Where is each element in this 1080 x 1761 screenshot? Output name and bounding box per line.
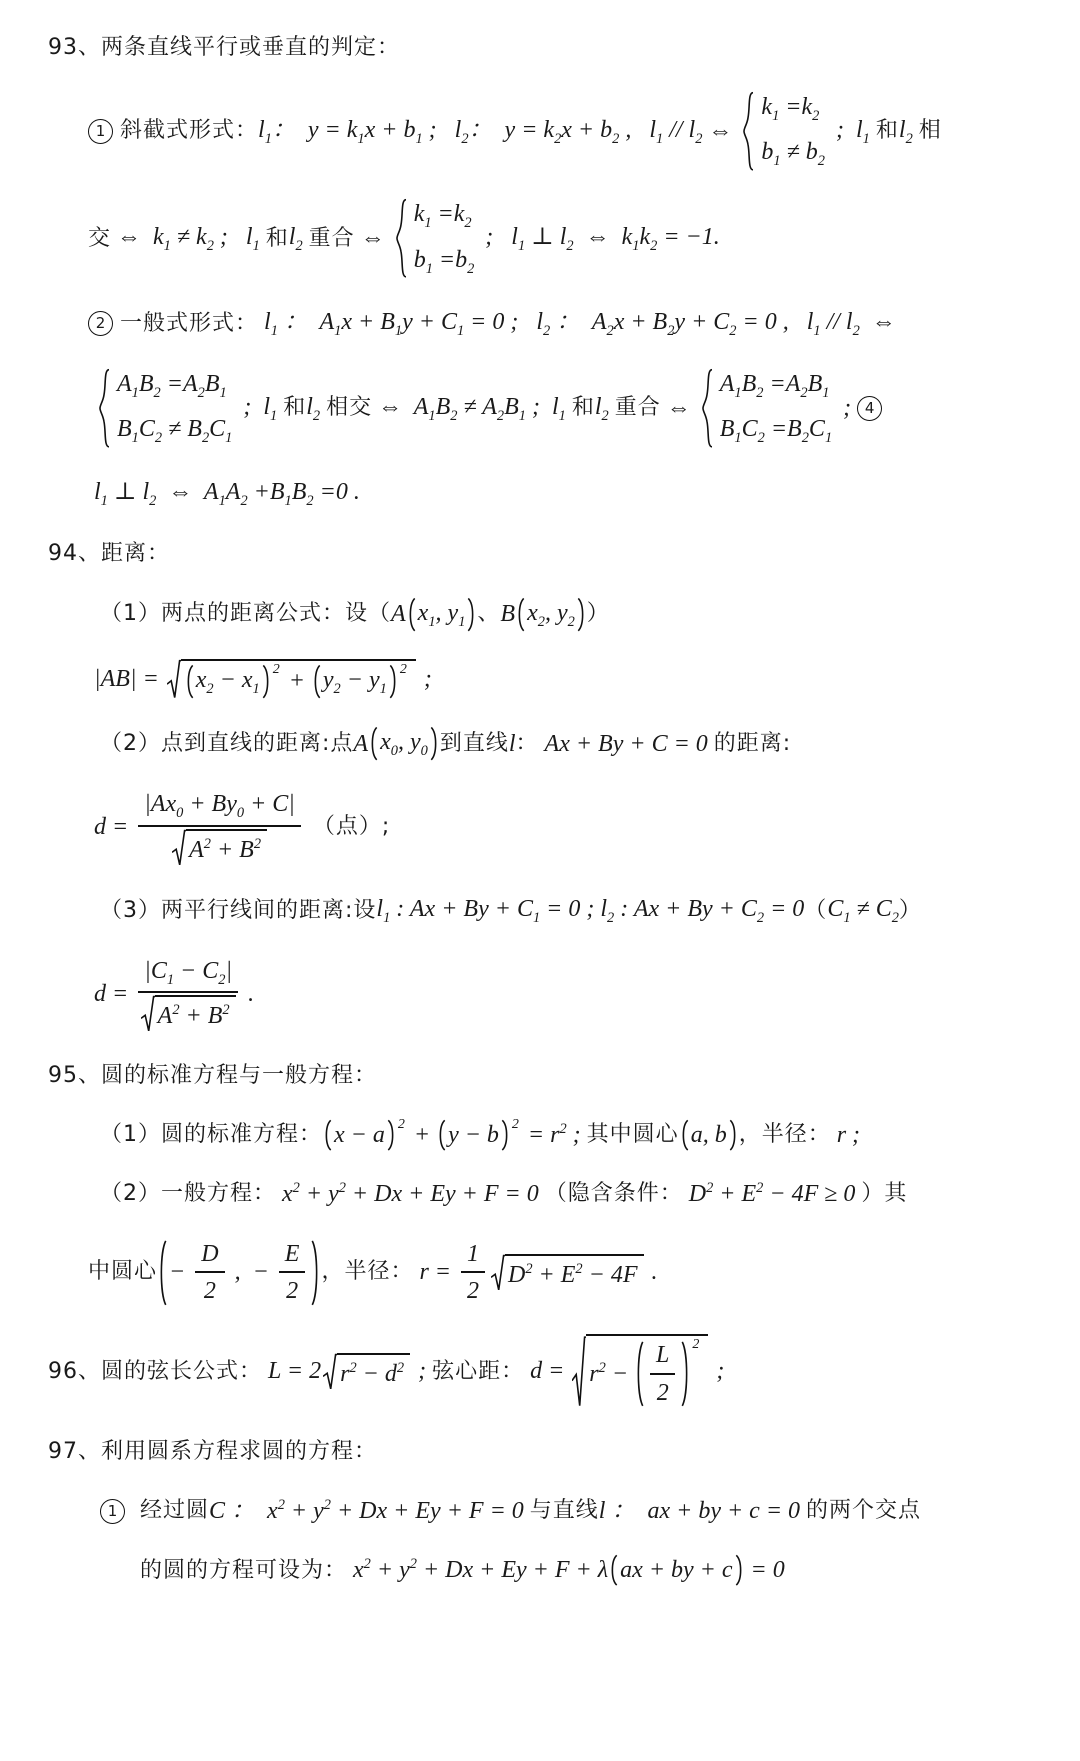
cases-row: B1C2 =B2C1 — [720, 413, 832, 448]
paren-content: − D2 , − E2 — [167, 1238, 311, 1308]
radicand: A2 + B2 — [186, 829, 267, 866]
formula-point-line-distance: d = |Ax0 + By0 + C|A2 + B2 （点）; — [94, 788, 1052, 866]
math-text: A2 + B2 — [189, 834, 261, 866]
math-text: a, b — [691, 1119, 727, 1151]
math-text: r ; — [831, 1119, 860, 1151]
sec-95-title: 95、圆的标准方程与一般方程： — [48, 1060, 1052, 1092]
math-text: ax + by + c — [620, 1554, 732, 1586]
cjk-text: 斜截式形式： — [120, 115, 258, 147]
fraction-denominator: 2 — [657, 1375, 669, 1409]
radicand: r2 − d2 — [337, 1353, 410, 1390]
paren-content: x2, y2 — [525, 597, 577, 632]
right-paren-icon — [311, 1238, 320, 1308]
math-text: x2 + y2 + Dx + Ey + F + λ — [347, 1554, 608, 1586]
math-text: ; l1 — [830, 114, 876, 149]
math-text: + — [283, 665, 311, 697]
brace-icon — [396, 198, 408, 278]
cjk-text: 与直线 — [530, 1495, 599, 1527]
right-paren-icon — [501, 1119, 510, 1151]
fraction-numerator: |C1 − C2| — [138, 955, 238, 993]
math-text: l1 : Ax + By + C1 = 0 ; l2 : Ax + By + C… — [376, 893, 804, 928]
cjk-text: （1）两点的距离公式：设（ — [100, 598, 391, 630]
fraction: L2 — [650, 1339, 675, 1409]
cases-row: b1 ≠ b2 — [761, 136, 825, 171]
radical-icon — [491, 1254, 505, 1291]
cjk-text: ，半径： — [321, 1256, 413, 1288]
math-text: 2 — [657, 1377, 669, 1409]
right-paren-icon — [430, 726, 439, 761]
brace-icon — [743, 91, 755, 171]
left-paren-icon — [635, 1339, 644, 1409]
left-paren-icon — [312, 664, 321, 699]
math-text: B1C2 ≠ B2C1 — [117, 413, 232, 448]
right-paren-icon — [389, 664, 398, 699]
line-93-2-cases: A1B2 =A2B1B1C2 ≠ B2C1 ; l1 和l2 相交 ⇔ A1B2… — [94, 368, 1052, 448]
right-paren-icon — [681, 1339, 690, 1409]
math-text: k1 =k2 — [761, 91, 819, 126]
square-root: r2 − d2 — [323, 1353, 410, 1390]
circled-number: 1 — [88, 119, 113, 144]
math-text: r2 − — [589, 1358, 634, 1390]
left-paren-icon — [516, 597, 525, 632]
left-paren-icon — [369, 726, 378, 761]
brace-icon — [702, 368, 714, 448]
cjk-text: （ — [804, 895, 827, 927]
superscript: 2 — [512, 1117, 519, 1133]
radicand: r2 − L22 — [586, 1334, 708, 1409]
paren-group: ax + by + c — [609, 1554, 743, 1586]
cjk-text: ） — [899, 895, 922, 927]
math-text: r = — [413, 1256, 457, 1288]
math-text: , − — [229, 1256, 275, 1288]
superscript: 2 — [273, 662, 280, 678]
cjk-text: 经过圆 — [132, 1495, 209, 1527]
math-text: D2 + E2 − 4F — [508, 1259, 638, 1291]
right-paren-icon — [467, 597, 476, 632]
item-94-2-point-to-line: （2）点到直线的距离:点Ax0, y0到直线l： Ax + By + C = 0… — [100, 726, 1052, 761]
sec-96-chord-length: 96、圆的弦长公式： L = 2r2 − d2 ; 弦心距： d = r2 − … — [48, 1334, 1052, 1409]
item-94-3-parallel-lines: （3）两平行线间的距离:设l1 : Ax + By + C1 = 0 ; l2 … — [100, 893, 1052, 928]
paren-group: L2 — [635, 1339, 690, 1409]
math-text: x2, y2 — [527, 597, 575, 632]
math-text: ; — [418, 663, 432, 695]
right-paren-icon — [262, 664, 271, 699]
math-text: ⇔ — [661, 392, 697, 424]
cjk-text: （2）点到直线的距离:点 — [100, 728, 353, 760]
cjk-text: 和 — [283, 392, 306, 424]
paren-group: x2, y2 — [516, 597, 586, 632]
superscript: 2 — [400, 662, 407, 678]
cases-brace-group: k1 =k2b1 ≠ b2 — [743, 91, 825, 171]
cjk-text: ） — [587, 598, 610, 630]
math-text: d = — [94, 978, 134, 1010]
math-text: l1 ⊥ l2 ⇔ A1A2 +B1B2 =0 . — [94, 476, 360, 511]
cjk-text: 其中圆心 — [587, 1119, 679, 1151]
paren-group: x2 − x1 — [185, 664, 271, 699]
math-text: B1C2 =B2C1 — [720, 413, 832, 448]
fraction-numerator: |Ax0 + By0 + C| — [138, 788, 301, 826]
paren-group: a, b — [680, 1119, 738, 1151]
paren-group: x1, y1 — [407, 597, 477, 632]
fraction: 12 — [461, 1238, 485, 1308]
math-text: . — [646, 1256, 658, 1288]
math-text: |Ax0 + By0 + C| — [144, 788, 295, 823]
cases-rows: A1B2 =A2B1B1C2 =B2C1 — [714, 368, 832, 448]
paren-content: y2 − y1 — [321, 664, 389, 699]
math-text: x2 + y2 + Dx + Ey + F = 0 — [276, 1178, 545, 1210]
math-text: l — [509, 728, 516, 760]
math-text: = r2 ; — [522, 1119, 587, 1151]
math-text: x1, y1 — [418, 597, 466, 632]
fraction-denominator: 2 — [286, 1273, 298, 1307]
cases-rows: A1B2 =A2B1B1C2 ≠ B2C1 — [111, 368, 232, 448]
cjk-text: 94、距离： — [48, 538, 170, 570]
math-text: ; l1 ⊥ l2 ⇔ k1k2 = −1. — [479, 221, 719, 256]
math-text: C1 ≠ C2 — [827, 893, 899, 928]
left-paren-icon — [407, 597, 416, 632]
math-text: Ax + By + C = 0 — [539, 728, 714, 760]
paren-group: x − a — [323, 1119, 396, 1151]
cjk-text: 中圆心 — [88, 1256, 157, 1288]
math-text: y2 − y1 — [323, 664, 387, 699]
cjk-text: 95、圆的标准方程与一般方程： — [48, 1060, 377, 1092]
math-text: ⇔ k1 ≠ k2 ; l1 — [111, 221, 266, 256]
right-paren-icon — [729, 1119, 738, 1151]
item-93-1-slope-intercept: 1斜截式形式：l1： y = k1x + b1 ; l2： y = k2x + … — [88, 91, 1052, 171]
fraction-numerator: L — [650, 1339, 675, 1374]
cjk-text: 相交 — [326, 392, 372, 424]
math-text: ; l1 — [237, 391, 283, 426]
item-95-1-standard-equation: （1）圆的标准方程：x − a2 + y − b2 = r2 ; 其中圆心a, … — [100, 1119, 1052, 1151]
math-text: k1 =k2 — [414, 198, 472, 233]
math-text: r2 − d2 — [340, 1358, 404, 1390]
paren-content: x − a — [332, 1119, 387, 1151]
fraction-numerator: D — [195, 1238, 224, 1273]
paren-group: − D2 , − E2 — [158, 1238, 320, 1308]
math-text: ; — [837, 392, 857, 424]
cases-rows: k1 =k2b1 ≠ b2 — [755, 91, 825, 171]
fraction: E2 — [279, 1238, 306, 1308]
math-text: d = — [524, 1355, 570, 1387]
right-paren-icon — [577, 597, 586, 632]
superscript: 2 — [692, 1337, 699, 1353]
paren-group: x0, y0 — [369, 726, 439, 761]
radical-icon — [572, 1334, 586, 1409]
fraction-denominator: A2 + B2 — [139, 993, 238, 1032]
cjk-text: 96、圆的弦长公式： — [48, 1356, 262, 1388]
cjk-text: ，半径： — [739, 1119, 831, 1151]
fraction-denominator: 2 — [204, 1273, 216, 1307]
left-paren-icon — [323, 1119, 332, 1151]
item-95-2-general-equation: （2）一般方程： x2 + y2 + Dx + Ey + F = 0 （隐含条件… — [100, 1178, 1052, 1210]
circled-number: 4 — [857, 396, 882, 421]
math-text: − — [169, 1256, 191, 1288]
paren-group: y − b — [437, 1119, 510, 1151]
math-text: + — [408, 1119, 436, 1151]
math-text: |C1 − C2| — [144, 955, 232, 990]
circled-number: 1 — [100, 1499, 125, 1524]
cases-row: k1 =k2 — [761, 91, 825, 126]
fraction-numerator: E — [279, 1238, 306, 1273]
math-text: l1： y = k1x + b1 ; l2： y = k2x + b2 , l1… — [258, 114, 708, 149]
cjk-text: （3）两平行线间的距离:设 — [100, 895, 376, 927]
brace-icon — [99, 368, 111, 448]
math-text: l1 ： A1x + B1y + C1 = 0 ; l2 ： A2x + B2y… — [258, 306, 896, 341]
cjk-text: （2）一般方程： — [100, 1178, 276, 1210]
cases-row: A1B2 =A2B1 — [720, 368, 832, 403]
cjk-text: ： — [516, 728, 539, 760]
fraction: D2 — [195, 1238, 224, 1308]
math-text: C ： x2 + y2 + Dx + Ey + F = 0 — [209, 1495, 530, 1527]
paren-content: x2 − x1 — [194, 664, 262, 699]
right-paren-icon — [735, 1554, 744, 1586]
math-text: 1 — [467, 1238, 479, 1270]
square-root: A2 + B2 — [141, 995, 236, 1032]
math-text: D — [201, 1238, 218, 1270]
line-95-2-center-radius: 中圆心− D2 , − E2，半径： r = 12D2 + E2 − 4F . — [88, 1238, 1052, 1308]
math-text: = 0 — [745, 1554, 785, 1586]
math-text: b1 =b2 — [414, 244, 475, 279]
math-text: l2 — [595, 391, 615, 426]
square-root: x2 − x12 + y2 − y12 — [167, 659, 416, 699]
sec-93-title: 93、两条直线平行或垂直的判定： — [48, 32, 1052, 64]
line-93-1-continued: 交 ⇔ k1 ≠ k2 ; l1 和l2 重合 ⇔ k1 =k2b1 =b2 ;… — [88, 198, 1052, 278]
math-text: 2 — [286, 1275, 298, 1307]
math-text: x − a — [334, 1119, 385, 1151]
cjk-text: 重合 — [615, 392, 661, 424]
paren-group: y2 − y1 — [312, 664, 398, 699]
math-text: x0, y0 — [380, 726, 428, 761]
cases-brace-group: k1 =k2b1 =b2 — [396, 198, 475, 278]
math-text: l2 — [306, 391, 326, 426]
math-text: ⇔ A1B2 ≠ A2B1 ; l1 — [372, 391, 572, 426]
math-text: ⇔ — [708, 115, 738, 147]
math-text: x2 − x1 — [196, 664, 260, 699]
cjk-text: （点）; — [305, 811, 390, 843]
cjk-text: 弦心距： — [432, 1356, 524, 1388]
circled-number: 2 — [88, 311, 113, 336]
left-paren-icon — [437, 1119, 446, 1151]
cjk-text: 97、利用圆系方程求圆的方程： — [48, 1436, 377, 1468]
paren-content: x1, y1 — [416, 597, 468, 632]
cases-brace-group: A1B2 =A2B1B1C2 ≠ B2C1 — [99, 368, 232, 448]
math-text: l2 — [899, 114, 919, 149]
math-text: ⇔ — [355, 222, 391, 254]
cases-rows: k1 =k2b1 =b2 — [408, 198, 475, 278]
fraction-numerator: 1 — [461, 1238, 485, 1273]
cjk-text: （1）圆的标准方程： — [100, 1119, 322, 1151]
math-text: L = 2 — [262, 1355, 321, 1387]
math-text: b1 ≠ b2 — [761, 136, 825, 171]
cjk-text: 的两个交点 — [806, 1495, 921, 1527]
square-root: r2 − L22 — [572, 1334, 708, 1409]
math-text: |AB| = — [94, 663, 165, 695]
left-paren-icon — [185, 664, 194, 699]
cjk-text: 和 — [876, 115, 899, 147]
cases-row: A1B2 =A2B1 — [117, 368, 232, 403]
math-text: ; — [412, 1355, 432, 1387]
superscript: 2 — [398, 1117, 405, 1133]
math-text: l2 — [289, 221, 309, 256]
left-paren-icon — [158, 1238, 167, 1308]
radical-icon — [167, 659, 181, 699]
cjk-text: 和 — [572, 392, 595, 424]
item-94-1-two-points: （1）两点的距离公式：设（Ax1, y1、Bx2, y2） — [100, 597, 1052, 632]
math-text: y − b — [448, 1119, 499, 1151]
line-97-1-continued: 的圆的方程可设为： x2 + y2 + Dx + Ey + F + λax + … — [140, 1554, 1052, 1586]
cjk-text: 和 — [266, 223, 289, 255]
radicand: D2 + E2 − 4F — [505, 1254, 644, 1291]
fraction: |Ax0 + By0 + C|A2 + B2 — [138, 788, 301, 866]
square-root: A2 + B2 — [172, 829, 267, 866]
document-page: 93、两条直线平行或垂直的判定：1斜截式形式：l1： y = k1x + b1 … — [34, 32, 1052, 1587]
cjk-text: 93、两条直线平行或垂直的判定： — [48, 32, 400, 64]
math-text: D2 + E2 − 4F ≥ 0 — [683, 1178, 862, 1210]
sec-97-title: 97、利用圆系方程求圆的方程： — [48, 1436, 1052, 1468]
paren-content: x0, y0 — [378, 726, 430, 761]
cjk-text: 一般式形式： — [120, 308, 258, 340]
formula-two-point-distance: |AB| = x2 − x12 + y2 − y12 ; — [94, 659, 1052, 699]
cases-row: k1 =k2 — [414, 198, 475, 233]
left-paren-icon — [680, 1119, 689, 1151]
fraction-denominator: 2 — [467, 1273, 479, 1307]
math-text: 2 — [204, 1275, 216, 1307]
math-text: 2 — [467, 1275, 479, 1307]
right-paren-icon — [387, 1119, 396, 1151]
cjk-text: 相 — [919, 115, 942, 147]
radicand: x2 − x12 + y2 − y12 — [181, 659, 416, 699]
cjk-text: 、 — [477, 598, 500, 630]
paren-content: L2 — [644, 1339, 681, 1409]
math-text: . — [242, 978, 254, 1010]
math-text: A1B2 =A2B1 — [720, 368, 830, 403]
math-text: E — [285, 1238, 300, 1270]
math-text: l ： ax + by + c = 0 — [599, 1495, 806, 1527]
cjk-text: 的距离: — [714, 728, 791, 760]
cases-row: b1 =b2 — [414, 244, 475, 279]
math-text: A — [391, 598, 406, 630]
math-text: B — [500, 598, 515, 630]
math-text: L — [656, 1339, 669, 1371]
radical-icon — [172, 829, 186, 866]
square-root: D2 + E2 − 4F — [491, 1254, 644, 1291]
line-93-perpendicular: l1 ⊥ l2 ⇔ A1A2 +B1B2 =0 . — [94, 476, 1052, 511]
item-93-2-general-form: 2一般式形式： l1 ： A1x + B1y + C1 = 0 ; l2 ： A… — [88, 306, 1052, 341]
radical-icon — [323, 1353, 337, 1390]
formula-parallel-line-distance: d = |C1 − C2|A2 + B2 . — [94, 955, 1052, 1033]
math-text: A — [353, 728, 368, 760]
fraction: |C1 − C2|A2 + B2 — [138, 955, 238, 1033]
fraction-denominator: A2 + B2 — [170, 827, 269, 866]
item-97-1-circle-system: 1 经过圆C ： x2 + y2 + Dx + Ey + F = 0 与直线l … — [100, 1495, 1052, 1527]
radical-icon — [141, 995, 155, 1032]
cjk-text: （隐含条件： — [545, 1178, 683, 1210]
cjk-text: ）其 — [861, 1178, 907, 1210]
cjk-text: 的圆的方程可设为： — [140, 1555, 347, 1587]
left-paren-icon — [609, 1554, 618, 1586]
cjk-text: 到直线 — [440, 728, 509, 760]
cjk-text: 重合 — [309, 223, 355, 255]
sec-94-title: 94、距离： — [48, 538, 1052, 570]
cases-brace-group: A1B2 =A2B1B1C2 =B2C1 — [702, 368, 832, 448]
paren-content: a, b — [689, 1119, 729, 1151]
cjk-text: 交 — [88, 223, 111, 255]
math-text: A1B2 =A2B1 — [117, 368, 227, 403]
math-text: ; — [710, 1355, 724, 1387]
paren-content: ax + by + c — [618, 1554, 734, 1586]
cases-row: B1C2 ≠ B2C1 — [117, 413, 232, 448]
radicand: A2 + B2 — [155, 995, 236, 1032]
math-text: d = — [94, 811, 134, 843]
paren-content: y − b — [446, 1119, 501, 1151]
math-text: A2 + B2 — [158, 1000, 230, 1032]
